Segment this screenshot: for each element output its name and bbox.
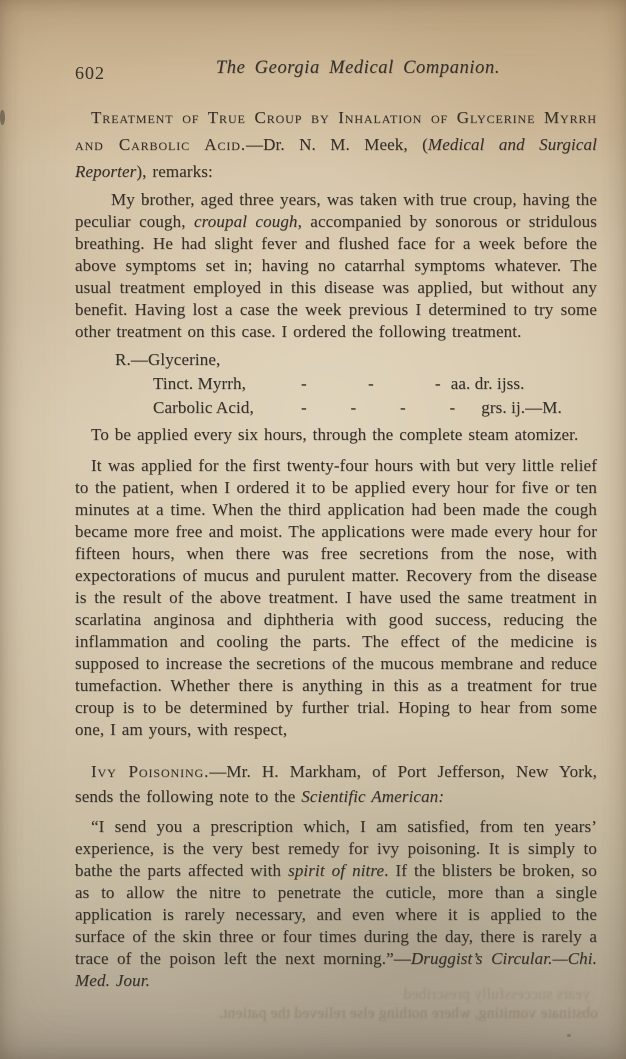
rx-line-myrrh: Tinct. Myrrh, - - - aa. dr. ijss. xyxy=(115,372,597,396)
text-segment: , accompanied by sonorous or stridulous … xyxy=(75,212,597,341)
paper-speck xyxy=(0,110,5,125)
text-segment: spirit of nitre xyxy=(288,861,384,880)
paper-speck xyxy=(146,200,149,203)
article1-paragraph-1: My brother, aged three years, was taken … xyxy=(75,189,597,343)
page-text-column: Treatment of True Croup by Inhalation of… xyxy=(75,104,597,992)
article1-paragraph-3: It was applied for the first twenty-four… xyxy=(75,455,597,741)
rx-ingredient: R.—Glycerine, xyxy=(115,348,220,372)
rx-ingredient: Tinct. Myrrh, xyxy=(153,372,301,396)
text-segment: ), remarks: xyxy=(136,162,212,181)
rx-line-glycerine: R.—Glycerine, xyxy=(115,348,597,372)
text-segment: —Dr. N. M. Meek, ( xyxy=(246,135,428,154)
text-segment: Scientific American: xyxy=(301,787,444,806)
article2-heading: Ivy Poisoning.—Mr. H. Markham, of Port J… xyxy=(75,759,597,809)
page-number: 602 xyxy=(75,63,105,84)
paper-speck xyxy=(567,1034,571,1037)
rx-quantity: aa. dr. ijss. xyxy=(441,372,525,396)
article1-heading: Treatment of True Croup by Inhalation of… xyxy=(75,104,597,185)
book-page: years successfully prescribed obstinate … xyxy=(0,0,626,1059)
text-segment: croupal cough xyxy=(194,212,298,231)
journal-title: The Georgia Medical Companion. xyxy=(75,58,597,79)
article1-paragraph-2: To be applied every six hours, through t… xyxy=(75,424,597,446)
ghost-text-line: obstinate vomiting, where nothing else r… xyxy=(58,1004,598,1023)
rx-ingredient: Carbolic Acid, xyxy=(153,396,301,420)
article2-paragraph: “I send you a prescription which, I am s… xyxy=(75,816,597,992)
prescription-block: R.—Glycerine, Tinct. Myrrh, - - - aa. dr… xyxy=(115,348,597,420)
running-header: 602 The Georgia Medical Companion. xyxy=(75,0,597,84)
rx-quantity: grs. ij.—M. xyxy=(455,396,562,420)
rx-leader-dashes: - - - - xyxy=(301,396,455,420)
rx-line-carbolic-acid: Carbolic Acid, - - - - grs. ij.—M. xyxy=(115,396,597,420)
text-segment: Ivy Poisoning. xyxy=(91,762,209,781)
rx-leader-dashes: - - - xyxy=(301,372,441,396)
